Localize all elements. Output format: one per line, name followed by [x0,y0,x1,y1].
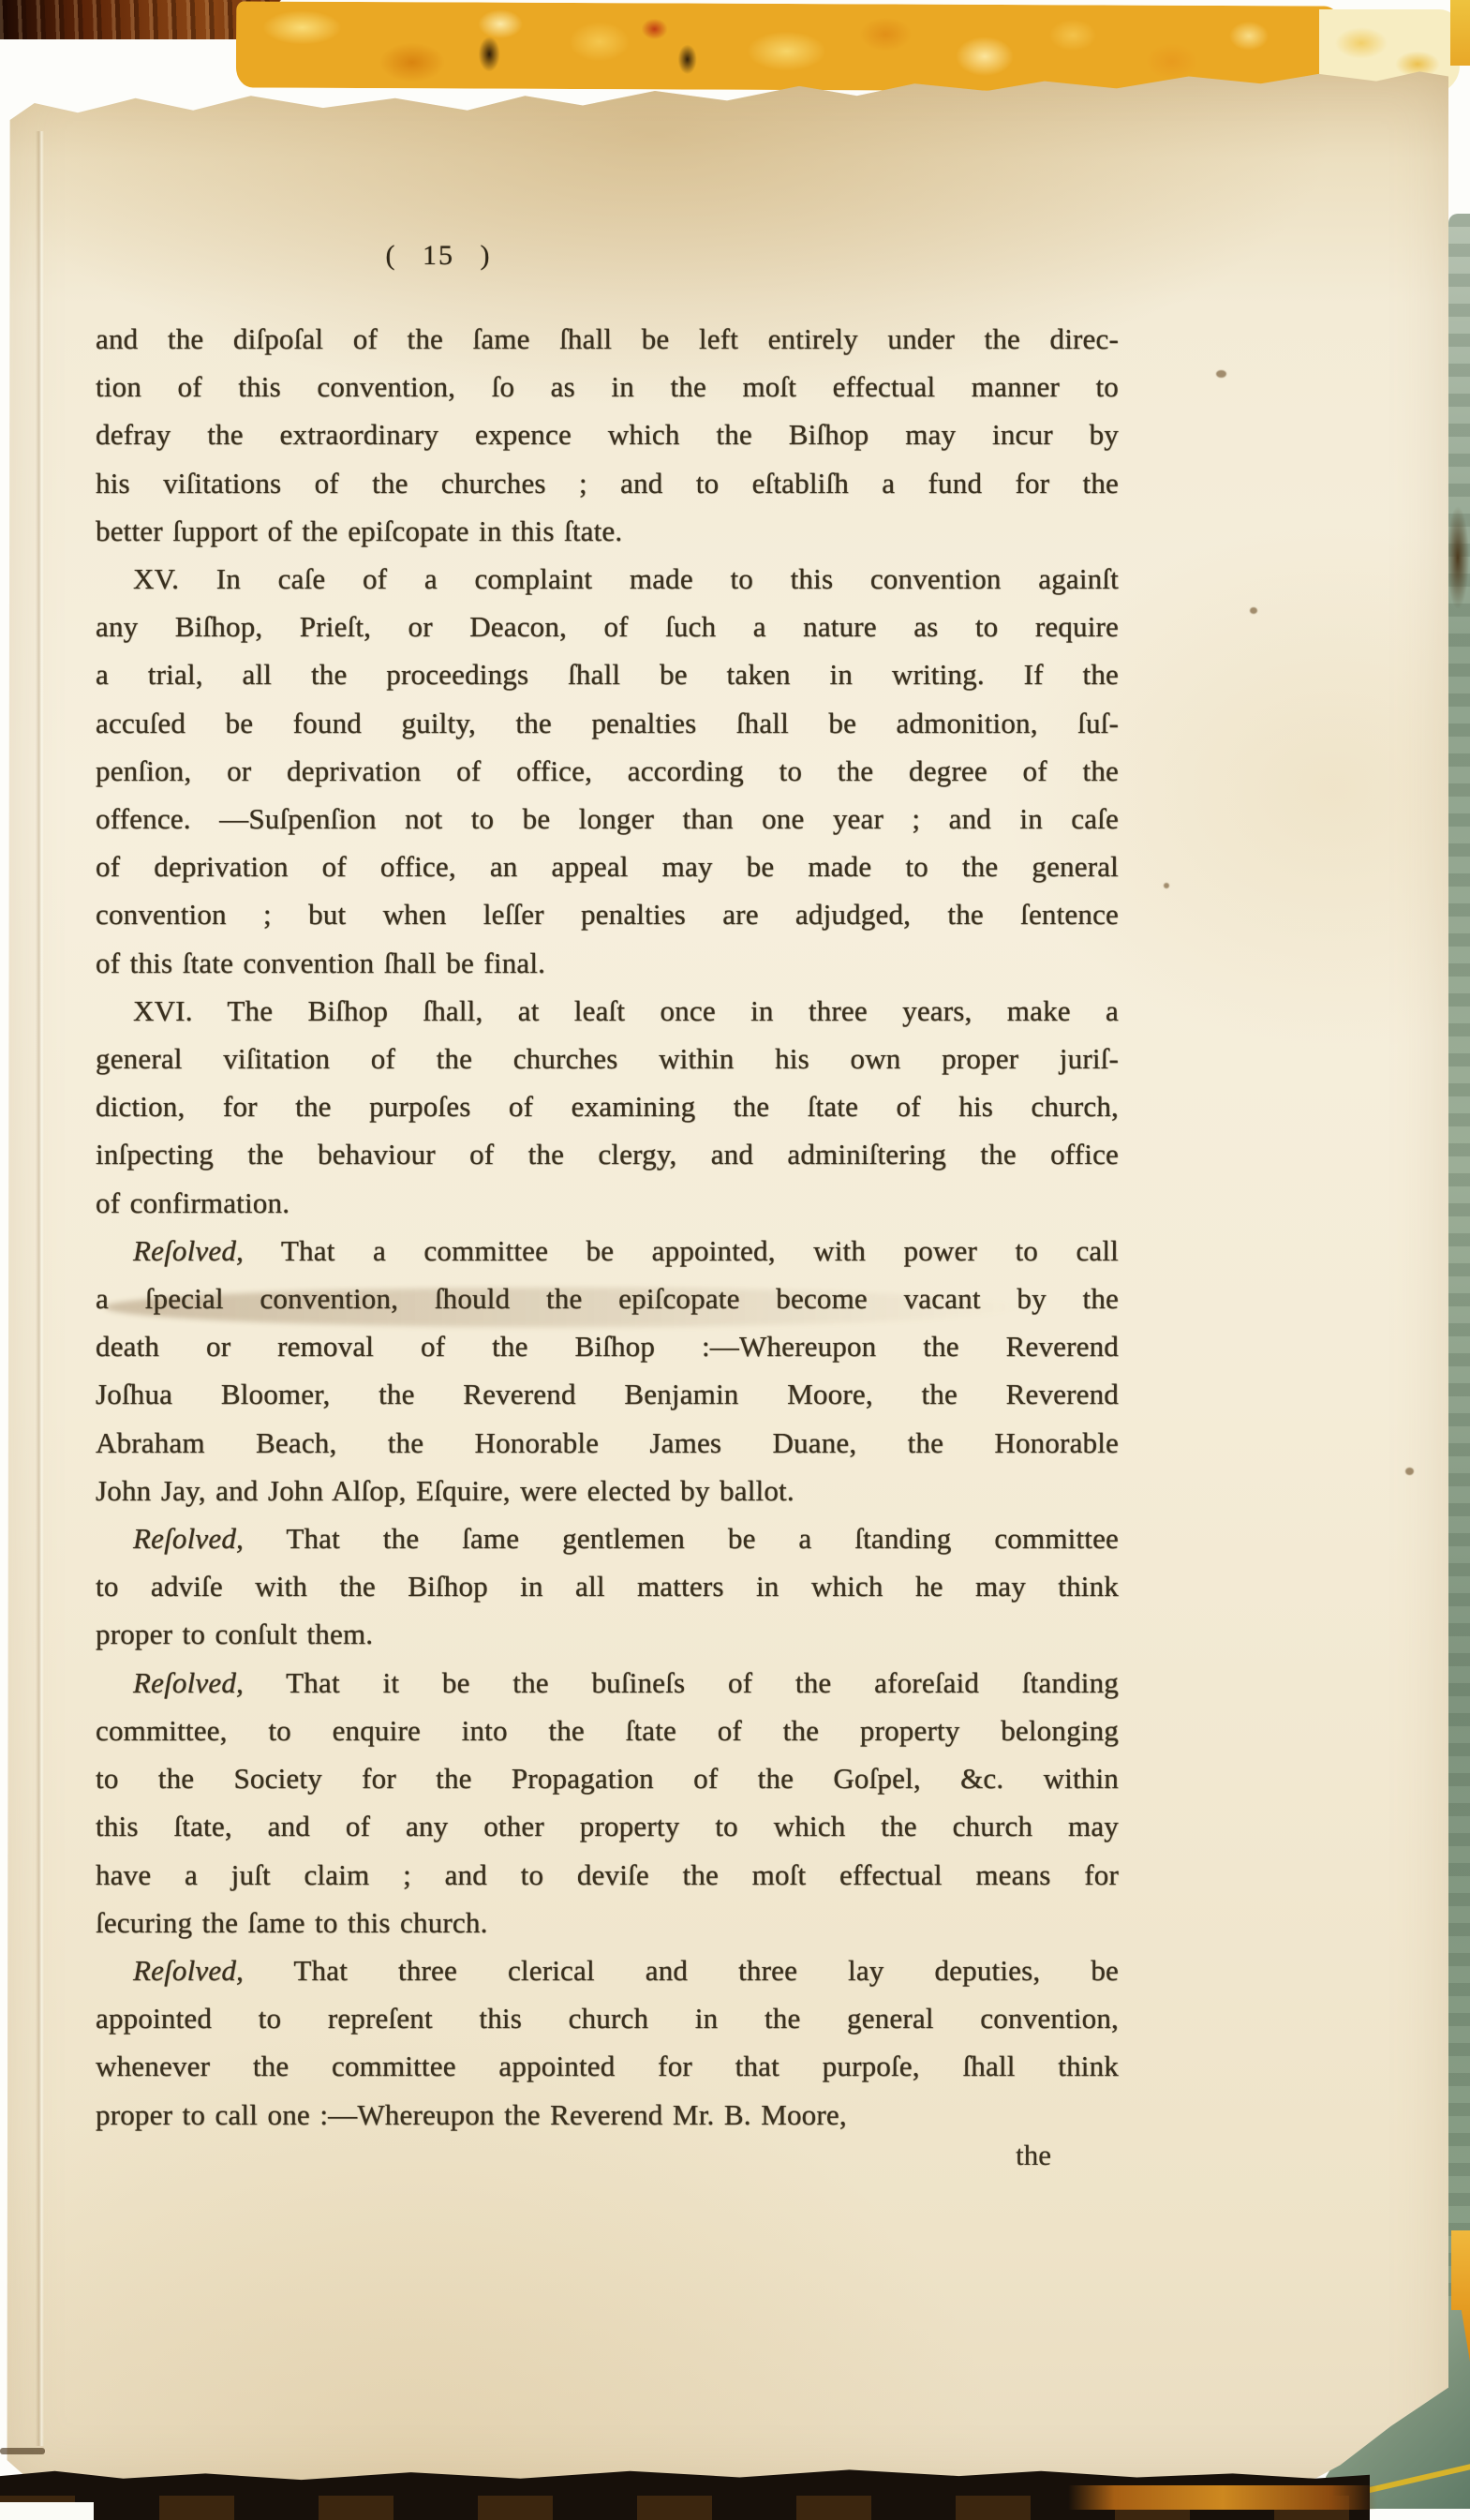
text-line: of this ſtate convention ſhall be final. [96,939,1119,987]
text-segment: and the diſpoſal of the ſame ſhall be le… [96,322,1119,355]
text-line: Reſolved, That the ſame gentlemen be a ſ… [96,1514,1119,1562]
text-segment: inſpecting the behaviour of the clergy, … [96,1138,1119,1171]
text-segment: a trial, all the proceedings ſhall be ta… [96,658,1119,691]
edge-stain-blob [1447,506,1469,609]
text-line: have a juſt claim ; and to deviſe the mo… [96,1851,1119,1899]
text-line: penſion, or deprivation of office, accor… [96,747,1119,795]
text-segment: better ſupport of the epiſcopate in this… [96,514,622,547]
catchword: the [96,2139,1051,2172]
text-segment: That the ſame gentlemen be a ſtanding co… [244,1522,1119,1555]
text-segment: any Biſhop, Prieſt, or Deacon, of ſuch a… [96,610,1119,643]
text-line: general viſitation of the churches withi… [96,1035,1119,1082]
resolved-lead-italic: Reſolved, [133,1522,244,1555]
text-line: Reſolved, That three clerical and three … [96,1946,1119,1994]
bottom-left-gap [0,2502,94,2520]
resolved-lead-italic: Reſolved, [133,1954,244,1987]
left-crease [36,131,44,2446]
text-line: death or removal of the Biſhop :—Whereup… [96,1322,1119,1370]
resolved-lead-italic: Reſolved, [133,1666,244,1699]
text-line: his viſitations of the churches ; and to… [96,459,1119,507]
text-segment: penſion, or deprivation of office, accor… [96,754,1119,787]
text-line: better ſupport of the epiſcopate in this… [96,507,1119,555]
text-segment: committee, to enquire into the ſtate of … [96,1714,1119,1747]
text-line: Abraham Beach, the Honorable James Duane… [96,1419,1119,1467]
text-line: committee, to enquire into the ſtate of … [96,1707,1119,1754]
text-segment: appointed to repreſent this church in th… [96,2002,1119,2035]
text-segment: of confirmation. [96,1186,290,1219]
text-line: whenever the committee appointed for tha… [96,2042,1119,2090]
text-line: a trial, all the proceedings ſhall be ta… [96,650,1119,698]
text-line: Reſolved, That a committee be appointed,… [96,1227,1119,1275]
text-line: of deprivation of office, an appeal may … [96,842,1119,890]
text-segment: ſecuring the ſame to this church. [96,1906,488,1939]
text-line: Joſhua Bloomer, the Reverend Benjamin Mo… [96,1370,1119,1418]
text-segment: whenever the committee appointed for tha… [96,2050,1119,2082]
foxing-speck [1405,1468,1414,1475]
text-line: diction, for the purpoſes of examining t… [96,1082,1119,1130]
text-line: offence. —Suſpenſion not to be longer th… [96,795,1119,842]
resolved-lead-italic: Reſolved, [133,1234,244,1267]
marbled-book-edge [236,1,1337,92]
text-segment: That a committee be appointed, with powe… [244,1234,1119,1267]
text-segment: death or removal of the Biſhop :—Whereup… [96,1330,1119,1363]
scanned-page: ( 15 ) and the diſpoſal of the ſame ſhal… [0,0,1470,2520]
text-segment: convention ; but when leſſer penalties a… [96,898,1119,931]
text-segment: That it be the buſineſs of the aforeſaid… [244,1666,1119,1699]
text-line: of confirmation. [96,1179,1119,1227]
text-line: XVI. The Biſhop ſhall, at leaſt once in … [96,987,1119,1035]
text-line: to the Society for the Propagation of th… [96,1754,1119,1802]
text-segment: That three clerical and three lay deputi… [244,1954,1119,1987]
text-line: accuſed be found guilty, the penalties ſ… [96,699,1119,747]
text-segment: accuſed be found guilty, the penalties ſ… [96,707,1119,739]
text-segment: of this ſtate convention ſhall be final. [96,947,545,979]
text-segment: XVI. The Biſhop ſhall, at leaſt once in … [133,994,1119,1027]
text-line: proper to call one :—Whereupon the Rever… [96,2091,1119,2139]
text-line: a ſpecial convention, ſhould the epiſcop… [96,1275,1119,1322]
text-segment: proper to conſult them. [96,1618,373,1650]
foxing-speck [1216,370,1226,378]
text-line: Reſolved, That it be the buſineſs of the… [96,1659,1119,1707]
page-number: ( 15 ) [345,240,532,272]
bottom-orange-strip [1068,2485,1377,2510]
text-line: appointed to repreſent this church in th… [96,1994,1119,2042]
text-segment: a ſpecial convention, ſhould the epiſcop… [96,1282,1119,1315]
text-segment: general viſitation of the churches withi… [96,1042,1119,1075]
text-line: ſecuring the ſame to this church. [96,1899,1119,1946]
text-segment: have a juſt claim ; and to deviſe the mo… [96,1858,1119,1891]
text-segment: Joſhua Bloomer, the Reverend Benjamin Mo… [96,1378,1119,1410]
text-line: defray the extraordinary expence which t… [96,410,1119,458]
text-segment: Abraham Beach, the Honorable James Duane… [96,1426,1119,1459]
text-segment: offence. —Suſpenſion not to be longer th… [96,802,1119,835]
foxing-speck [1250,607,1257,614]
text-line: this ſtate, and of any other property to… [96,1802,1119,1850]
text-line: inſpecting the behaviour of the clergy, … [96,1130,1119,1178]
text-line: to adviſe with the Biſhop in all matters… [96,1562,1119,1610]
text-segment: defray the extraordinary expence which t… [96,418,1119,451]
text-segment: John Jay, and John Alſop, Eſquire, were … [96,1474,794,1507]
text-segment: his viſitations of the churches ; and to… [96,467,1119,500]
text-segment: to adviſe with the Biſhop in all matters… [96,1570,1119,1603]
text-segment: of deprivation of office, an appeal may … [96,850,1119,883]
top-right-edge-fragment [1450,0,1470,66]
foxing-speck [1164,883,1169,888]
text-segment: to the Society for the Propagation of th… [96,1762,1119,1795]
bottom-left-fold-mark [0,2448,45,2454]
text-line: tion of this convention, ſo as in the mo… [96,363,1119,410]
text-segment: this ſtate, and of any other property to… [96,1810,1119,1842]
text-line: XV. In caſe of a complaint made to this … [96,555,1119,603]
text-line: and the diſpoſal of the ſame ſhall be le… [96,315,1119,363]
text-segment: tion of this convention, ſo as in the mo… [96,370,1119,403]
text-segment: diction, for the purpoſes of examining t… [96,1090,1119,1123]
text-line: convention ; but when leſſer penalties a… [96,890,1119,938]
text-line: proper to conſult them. [96,1610,1119,1658]
text-segment: XV. In caſe of a complaint made to this … [133,562,1119,595]
text-segment: proper to call one :—Whereupon the Rever… [96,2098,847,2131]
text-line: any Biſhop, Prieſt, or Deacon, of ſuch a… [96,603,1119,650]
text-line: John Jay, and John Alſop, Eſquire, were … [96,1467,1119,1514]
text-block: and the diſpoſal of the ſame ſhall be le… [96,315,1119,2139]
